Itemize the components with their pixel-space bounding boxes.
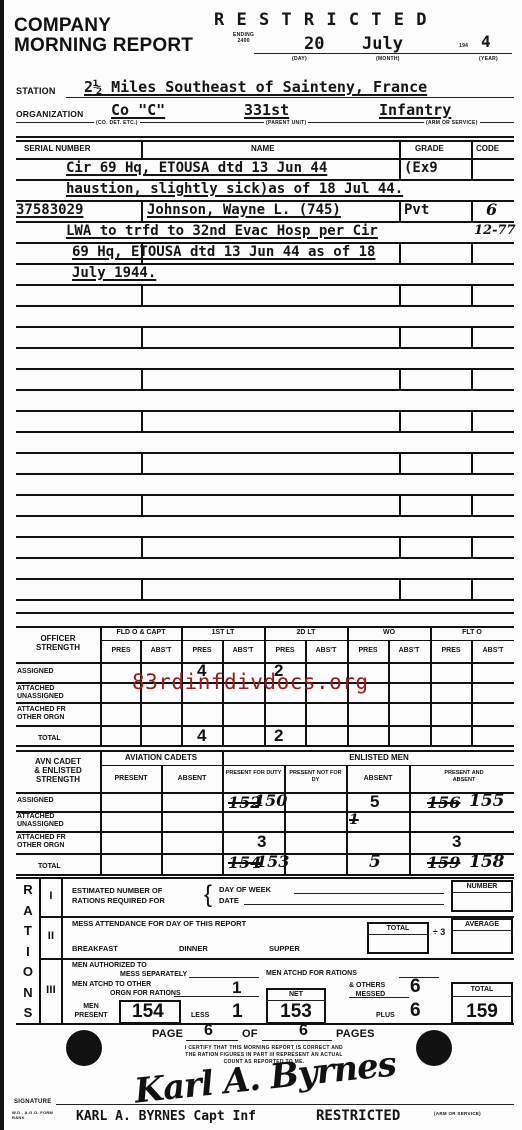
officer-strength-title: OFFICER STRENGTH: [18, 634, 98, 652]
enlisted-assigned-pfd: 150: [254, 791, 287, 810]
date-label: DATE: [219, 897, 239, 905]
enlisted-total-absent: 5: [369, 852, 381, 872]
group-wo: WO: [349, 629, 429, 637]
entry-line-4-code: 12-77: [474, 223, 516, 238]
officer-row-attached-other: ATTACHED FR OTHER ORGN: [17, 706, 66, 722]
page-total: 6: [299, 1022, 308, 1040]
group-1st-lt: 1ST LT: [183, 629, 263, 637]
rations-total-value: 159: [453, 1001, 511, 1023]
month-caption: (MONTH): [376, 56, 400, 62]
men-atchd-for-rations-label: MEN ATCHD FOR RATIONS: [266, 970, 357, 978]
officer-row-attached-unassigned: ATTACHED UNASSIGNED: [17, 685, 64, 701]
enlisted-strength-title: AVN CADET & ENLISTED STRENGTH: [18, 757, 98, 784]
rations-section-ii: II: [41, 930, 61, 942]
officer-2d-lt-total: 2: [274, 726, 283, 746]
men-present-label: MEN PRESENT: [64, 1002, 118, 1020]
entry-line-6: July 1944.: [72, 265, 156, 281]
col-serial-number: SERIAL NUMBER: [24, 144, 91, 153]
entry-grade: Pvt: [404, 202, 429, 218]
org-parent-unit: 331st: [244, 101, 289, 119]
year-caption: (YEAR): [479, 56, 498, 62]
form-title-line-2: MORNING REPORT: [14, 36, 193, 56]
rations-section-iii: III: [41, 984, 61, 996]
signature-label: SIGNATURE: [14, 1099, 52, 1105]
col-grade: GRADE: [415, 144, 444, 153]
entry-name: Johnson, Wayne L. (745): [147, 202, 341, 218]
entry-line-1-grade: (Ex9: [404, 160, 438, 176]
enlisted-row-assigned: ASSIGNED: [17, 797, 54, 805]
dinner-label: DINNER: [179, 945, 208, 953]
enlisted-assigned-total: 155: [469, 791, 505, 811]
organization-label: ORGANIZATION: [16, 109, 83, 119]
form-title: COMPANY MORNING REPORT: [14, 16, 193, 56]
form-title-line-1: COMPANY: [14, 16, 193, 36]
binder-hole-right: [416, 1030, 452, 1066]
entry-line-4: LWA to trfd to 32nd Evac Hosp per Cir: [66, 223, 378, 239]
classification-top: R E S T R I C T E D: [214, 10, 427, 30]
enlisted-row-total: TOTAL: [38, 863, 61, 871]
officer-1st-lt-total: 4: [197, 726, 206, 746]
of-label: OF: [242, 1028, 258, 1040]
entry-serial-number: 37583029: [16, 202, 83, 218]
enlisted-assigned-absent: 5: [370, 792, 379, 812]
breakfast-label: BREAKFAST: [72, 945, 118, 953]
org-arm: Infantry: [379, 101, 451, 119]
col-code: CODE: [476, 144, 499, 153]
men-atchd-other-value: 1: [232, 978, 241, 998]
page-label: PAGE: [152, 1028, 183, 1040]
men-present-value: 154: [132, 1001, 164, 1023]
plus-value: 6: [410, 1000, 421, 1022]
group-flt-o: FLT O: [432, 629, 512, 637]
rations-section-i: I: [41, 890, 61, 902]
morning-report-page: COMPANY MORNING REPORT R E S T R I C T E…: [0, 0, 522, 1130]
enlisted-row-attached-other: ATTACHED FR OTHER ORGN: [17, 834, 66, 850]
form-label: W.D., A.G.O. FORM RANK: [12, 1110, 53, 1120]
report-year: 4: [481, 32, 491, 51]
entry-line-1: Cir 69 Hq, ETOUSA dtd 13 Jun 44: [66, 160, 327, 176]
supper-label: SUPPER: [269, 945, 300, 953]
ending-label: ENDING 2400: [233, 32, 254, 44]
net-value: 153: [268, 1001, 324, 1023]
watermark: 83rdinfdivdocs.org: [132, 670, 369, 694]
day-of-week-label: DAY OF WEEK: [219, 886, 271, 894]
officer-row-assigned: ASSIGNED: [17, 668, 54, 676]
entry-line-2: haustion, slightly sick)as of 18 Jul 44.: [66, 181, 403, 197]
day-caption: (DAY): [292, 56, 307, 62]
less-value: 1: [232, 1001, 243, 1023]
entry-line-5: 69 Hq, ETOUSA dtd 13 Jun 44 as of 18: [72, 244, 375, 260]
mess-attendance-title: MESS ATTENDANCE FOR DAY OF THIS REPORT: [72, 920, 246, 928]
col-name: NAME: [251, 144, 275, 153]
rations-side-label: R A T I O N S: [18, 880, 38, 1024]
plus-label: PLUS: [376, 1012, 395, 1020]
year-prefix: 194: [459, 43, 468, 49]
binder-hole-left: [66, 1030, 102, 1066]
station-label: STATION: [16, 86, 56, 96]
entry-code: 6: [486, 200, 497, 219]
enlisted-row-attached-unassigned: ATTACHED UNASSIGNED: [17, 813, 64, 829]
report-month: July: [362, 34, 403, 54]
org-company: Co "C": [111, 101, 165, 119]
group-aviation-cadets: AVIATION CADETS: [102, 754, 220, 762]
group-fld-o-capt: FLD O & CAPT: [102, 629, 180, 637]
report-day: 20: [304, 34, 324, 54]
page-number: 6: [204, 1022, 213, 1040]
signer-name-rank: KARL A. BYRNES Capt Inf: [76, 1109, 256, 1124]
enlisted-total-pfd: 153: [256, 852, 289, 871]
pages-label: PAGES: [336, 1028, 375, 1040]
less-label: LESS: [191, 1012, 209, 1020]
station-value: 2½ Miles Southeast of Sainteny, France: [84, 78, 427, 96]
classification-bottom: RESTRICTED: [316, 1108, 400, 1124]
enlisted-grand-total: 158: [469, 852, 505, 872]
enlisted-attached-pfd: 3: [257, 832, 266, 852]
group-2d-lt: 2D LT: [266, 629, 346, 637]
enlisted-attached-total: 3: [452, 832, 461, 852]
officer-row-total: TOTAL: [38, 735, 61, 743]
others-messed-value: 6: [410, 976, 421, 998]
group-enlisted-men: ENLISTED MEN: [304, 754, 454, 762]
